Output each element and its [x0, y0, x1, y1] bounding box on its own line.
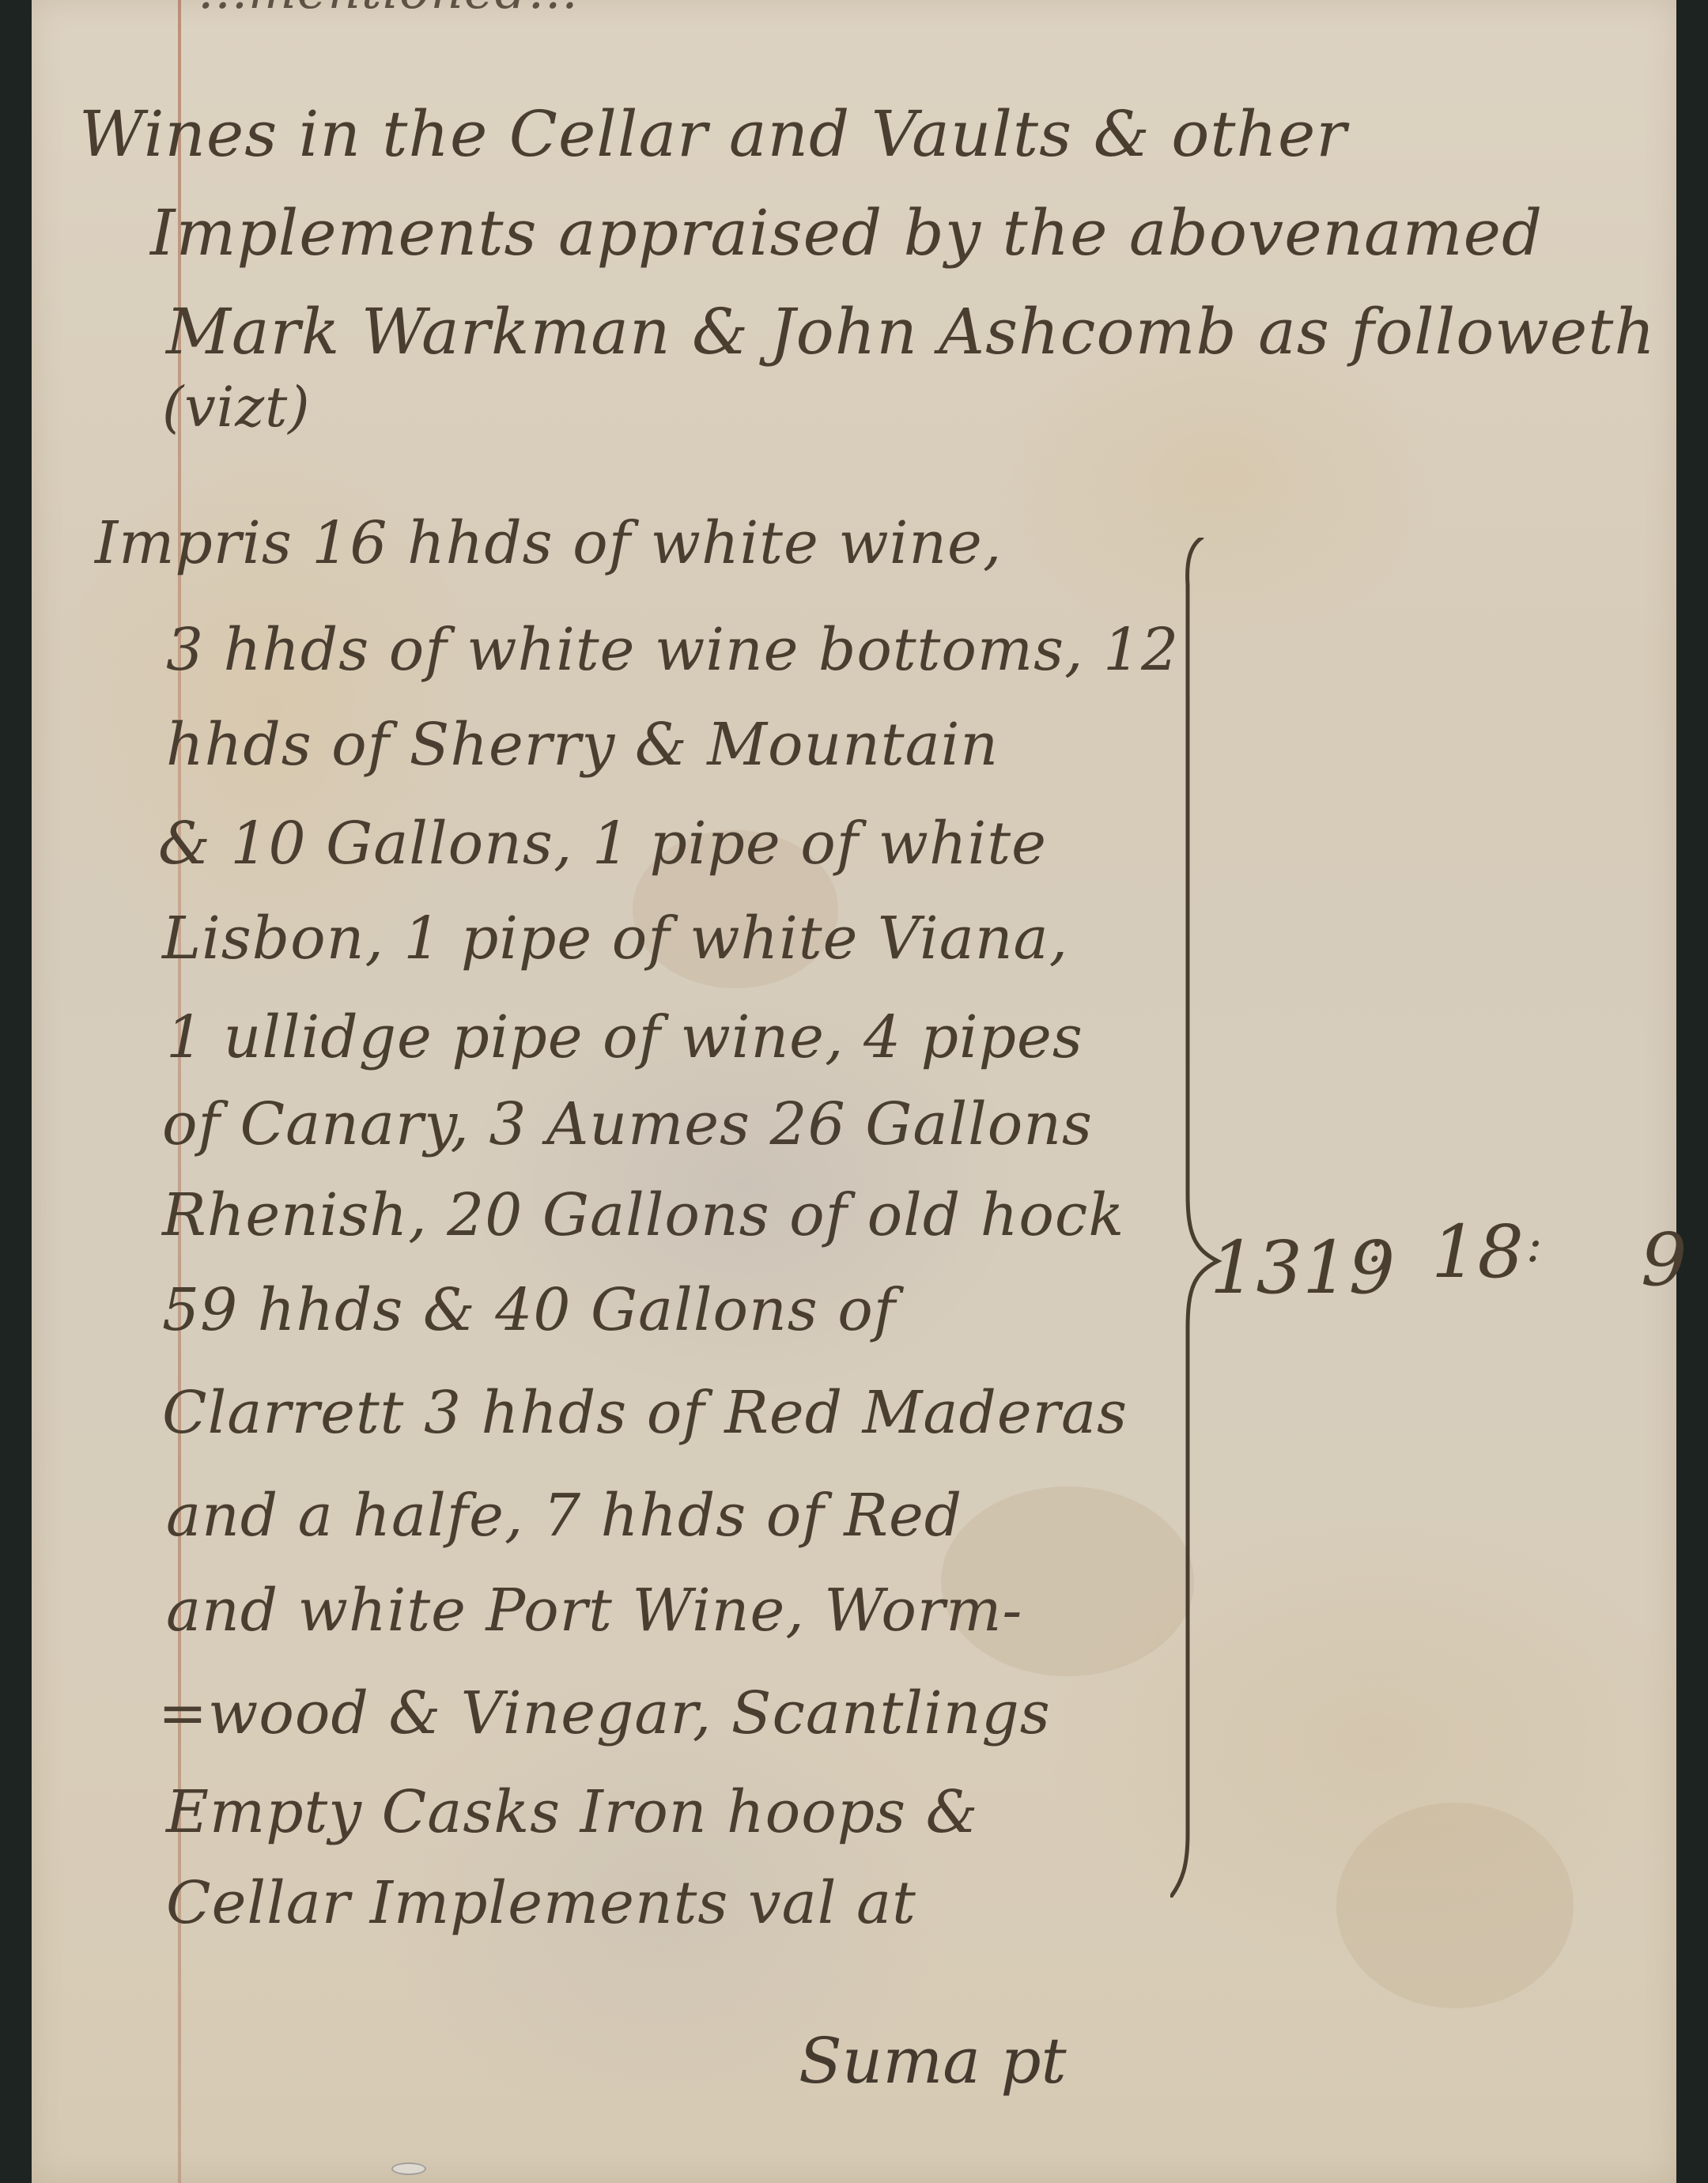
item-line-1: Impris 16 hhds of white wine,	[95, 514, 1002, 572]
item-line-9: 59 hhds & 40 Gallons of	[162, 1281, 896, 1339]
heading-line-1: Wines in the Cellar and Vaults & other	[79, 103, 1347, 166]
heading-line-2: Implements appraised by the abovenamed	[150, 202, 1543, 265]
stain	[1336, 1803, 1574, 2008]
valuation-shillings: 18	[1431, 1210, 1524, 1294]
scan-backdrop-right	[1676, 0, 1708, 2183]
valuation-pence: 9	[1641, 1218, 1687, 1302]
item-line-10: Clarrett 3 hhds of Red Maderas	[162, 1384, 1128, 1442]
scan-backdrop-left	[0, 0, 33, 2183]
item-line-14: Empty Casks Iron hoops &	[166, 1783, 979, 1841]
item-line-8: Rhenish, 20 Gallons of old hock	[162, 1186, 1124, 1244]
item-line-5: Lisbon, 1 pipe of white Viana,	[162, 909, 1068, 968]
item-line-6: 1 ullidge pipe of wine, 4 pipes	[166, 1008, 1083, 1067]
valuation-separator-1: :	[1368, 1218, 1384, 1273]
paper-damage-mark	[391, 2162, 426, 2175]
item-line-3: hhds of Sherry & Mountain	[166, 716, 999, 774]
item-line-11: and a halfe, 7 hhds of Red	[166, 1486, 962, 1545]
valuation-separator-2: :	[1526, 1218, 1542, 1273]
heading-line-4-vizt: (vizt)	[162, 380, 311, 435]
item-line-4: & 10 Gallons, 1 pipe of white	[158, 814, 1047, 873]
item-line-13: =wood & Vinegar, Scantlings	[158, 1684, 1051, 1743]
cut-off-top-line: ...mentioned...	[198, 0, 579, 21]
suma-label: Suma pt	[799, 2024, 1067, 2098]
curly-brace-icon	[1170, 538, 1241, 1898]
item-line-15: Cellar Implements val at	[166, 1874, 916, 1932]
heading-line-3: Mark Warkman & John Ashcomb as followeth	[166, 300, 1656, 364]
item-line-7: of Canary, 3 Aumes 26 Gallons	[162, 1095, 1093, 1154]
item-line-12: and white Port Wine, Worm-	[166, 1581, 1022, 1640]
item-line-2: 3 hhds of white wine bottoms, 12	[166, 621, 1179, 679]
